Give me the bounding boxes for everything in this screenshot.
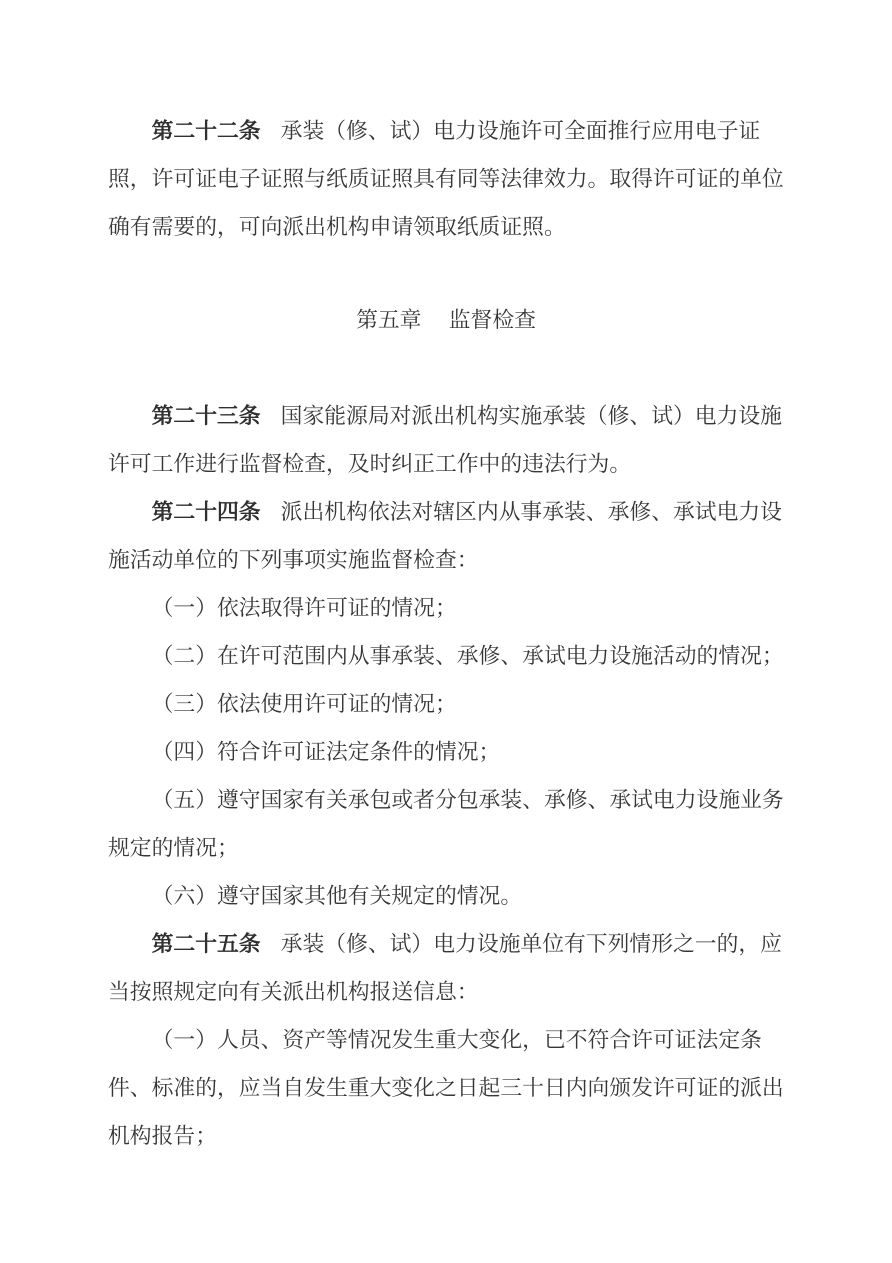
article-number: 第二十二条 [152,119,261,143]
article-paragraph: 第二十二条承装（修、试）电力设施许可全面推行应用电子证照，许可证电子证照与纸质证… [108,107,784,251]
list-item-text: （一）依法取得许可证的情况； [152,596,457,620]
list-item-paragraph: （六）遵守国家其他有关规定的情况。 [108,872,784,920]
list-item-paragraph: （五）遵守国家有关承包或者分包承装、承修、承试电力设施业务规定的情况； [108,776,784,872]
article-number: 第二十四条 [152,500,261,524]
article-paragraph: 第二十五条承装（修、试）电力设施单位有下列情形之一的，应当按照规定向有关派出机构… [108,920,784,1016]
chapter-number: 第五章 [356,308,421,332]
article-paragraph: 第二十三条国家能源局对派出机构实施承装（修、试）电力设施许可工作进行监督检查，及… [108,392,784,488]
list-item-paragraph: （一）人员、资产等情况发生重大变化，已不符合许可证法定条件、标准的，应当自发生重… [108,1016,784,1160]
list-item-text: （一）人员、资产等情况发生重大变化，已不符合许可证法定条件、标准的，应当自发生重… [108,1028,784,1148]
list-item-paragraph: （二）在许可范围内从事承装、承修、承试电力设施活动的情况； [108,632,784,680]
list-item-text: （五）遵守国家有关承包或者分包承装、承修、承试电力设施业务规定的情况； [108,788,784,860]
document-body: 第二十二条承装（修、试）电力设施许可全面推行应用电子证照，许可证电子证照与纸质证… [0,0,892,1160]
chapter-heading: 第五章监督检查 [108,296,784,344]
article-number: 第二十三条 [152,404,261,428]
list-item-text: （三）依法使用许可证的情况； [152,692,457,716]
list-item-paragraph: （一）依法取得许可证的情况； [108,584,784,632]
list-item-text: （二）在许可范围内从事承装、承修、承试电力设施活动的情况； [152,644,784,668]
list-item-text: （六）遵守国家其他有关规定的情况。 [152,884,523,908]
article-paragraph: 第二十四条派出机构依法对辖区内从事承装、承修、承试电力设施活动单位的下列事项实施… [108,488,784,584]
list-item-paragraph: （四）符合许可证法定条件的情况； [108,728,784,776]
article-number: 第二十五条 [152,932,261,956]
list-item-paragraph: （三）依法使用许可证的情况； [108,680,784,728]
document-page: 第二十二条承装（修、试）电力设施许可全面推行应用电子证照，许可证电子证照与纸质证… [0,0,892,1263]
list-item-text: （四）符合许可证法定条件的情况； [152,740,501,764]
chapter-title: 监督检查 [449,308,536,332]
